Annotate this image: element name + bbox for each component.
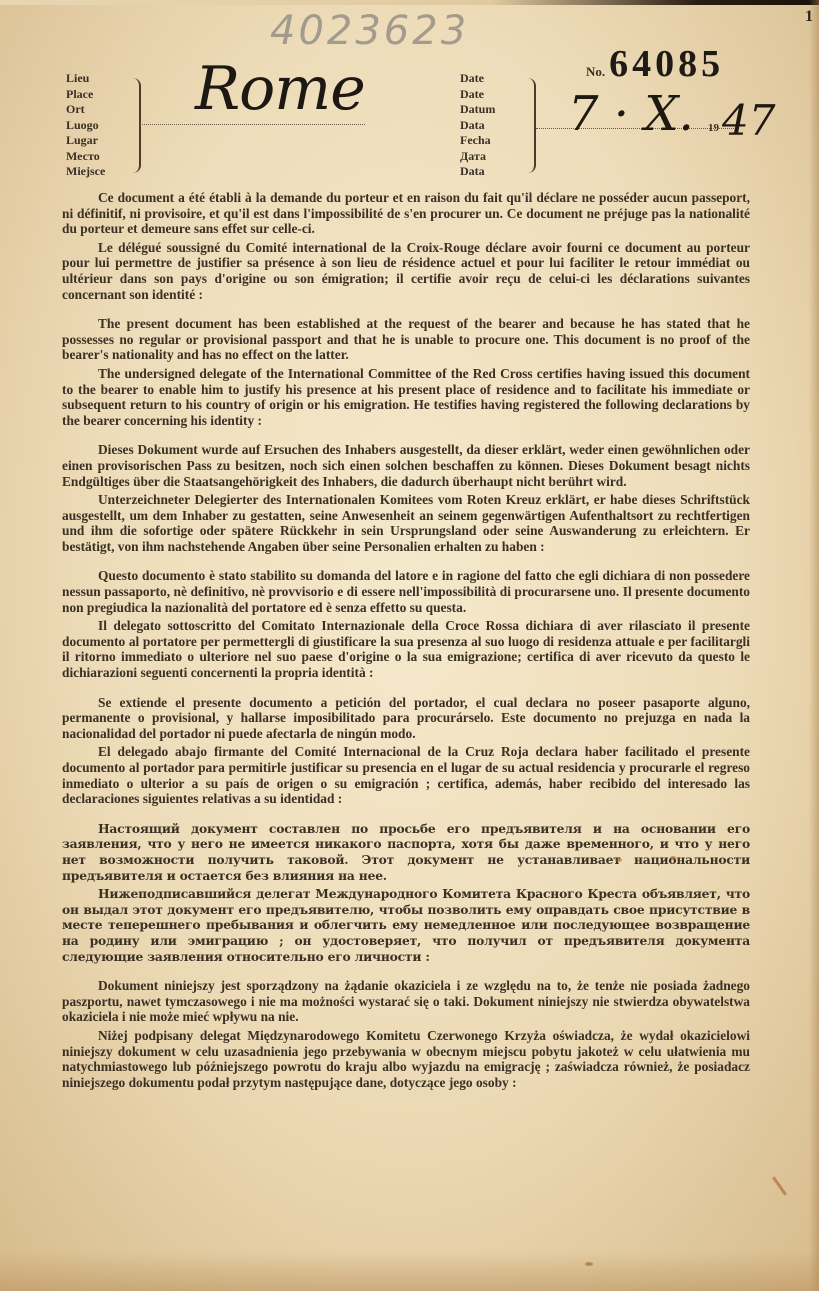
place-label: Lieu — [66, 71, 105, 87]
paragraph: The present document has been establishe… — [62, 316, 750, 363]
section-italian: Questo documento è stato stabilito su do… — [62, 568, 750, 680]
place-label: Ort — [66, 102, 105, 118]
place-brace — [133, 78, 141, 173]
paragraph: Dieses Dokument wurde auf Ersuchen des I… — [62, 442, 750, 489]
place-label: Miejsce — [66, 164, 105, 180]
section-spanish: Se extiende el presente documento a peti… — [62, 695, 750, 807]
date-label: Date — [460, 71, 495, 87]
pencil-annotation: 4023623 — [270, 8, 469, 54]
paragraph: Il delegato sottoscritto del Comitato In… — [62, 618, 750, 680]
year-prefix: 19 — [708, 122, 719, 134]
section-english: The present document has been establishe… — [62, 316, 750, 428]
section-german: Dieses Dokument wurde auf Ersuchen des I… — [62, 442, 750, 554]
place-label: Место — [66, 149, 105, 165]
place-handwritten-value: Rome — [195, 54, 365, 124]
page-edge-bottom — [0, 1251, 819, 1291]
date-label: Date — [460, 87, 495, 103]
date-brace — [528, 78, 536, 173]
document-number-label: No. — [586, 64, 605, 80]
section-russian: Настоящий документ составлен по просьбе … — [62, 821, 750, 964]
year-handwritten-value: 47 — [722, 96, 775, 145]
paragraph: Unterzeichneter Delegierter des Internat… — [62, 492, 750, 554]
paragraph: Niżej podpisany delegat Międzynarodowego… — [62, 1028, 750, 1090]
date-label: Fecha — [460, 133, 495, 149]
paragraph: Настоящий документ составлен по просьбе … — [62, 821, 750, 883]
place-labels: Lieu Place Ort Luogo Lugar Место Miejsce — [66, 71, 105, 180]
place-label: Luogo — [66, 118, 105, 134]
paragraph: Dokument niniejszy jest sporządzony na ż… — [62, 978, 750, 1025]
place-label: Lugar — [66, 133, 105, 149]
date-label: Datum — [460, 102, 495, 118]
paragraph: Ce document a été établi à la demande du… — [62, 190, 750, 237]
page-edge-right — [809, 0, 819, 1291]
date-label: Дата — [460, 149, 495, 165]
declaration-body: Ce document a été établi à la demande du… — [62, 190, 750, 1104]
date-label: Data — [460, 118, 495, 134]
date-labels: Date Date Datum Data Fecha Дата Data — [460, 71, 495, 180]
date-label: Data — [460, 164, 495, 180]
paragraph: El delegado abajo firmante del Comité In… — [62, 744, 750, 806]
paragraph: The undersigned delegate of the Internat… — [62, 366, 750, 428]
section-polish: Dokument niniejszy jest sporządzony na ż… — [62, 978, 750, 1090]
paragraph: Se extiende el presente documento a peti… — [62, 695, 750, 742]
page-edge-top — [0, 0, 819, 5]
place-dotted-line — [140, 124, 365, 125]
paragraph: Questo documento è stato stabilito su do… — [62, 568, 750, 615]
document-number-value: 64085 — [609, 42, 724, 86]
paper-stain — [615, 858, 622, 862]
date-handwritten-value: 7 · X. — [568, 86, 694, 142]
place-label: Place — [66, 87, 105, 103]
page-number: 1 — [805, 8, 813, 26]
section-french: Ce document a été établi à la demande du… — [62, 190, 750, 302]
paper-stain — [585, 1262, 593, 1266]
paper-stain — [670, 856, 676, 860]
paragraph: Нижеподписавшийся делегат Международного… — [62, 886, 750, 964]
paragraph: Le délégué soussigné du Comité internati… — [62, 240, 750, 302]
document-number: No. 64085 — [586, 42, 724, 86]
